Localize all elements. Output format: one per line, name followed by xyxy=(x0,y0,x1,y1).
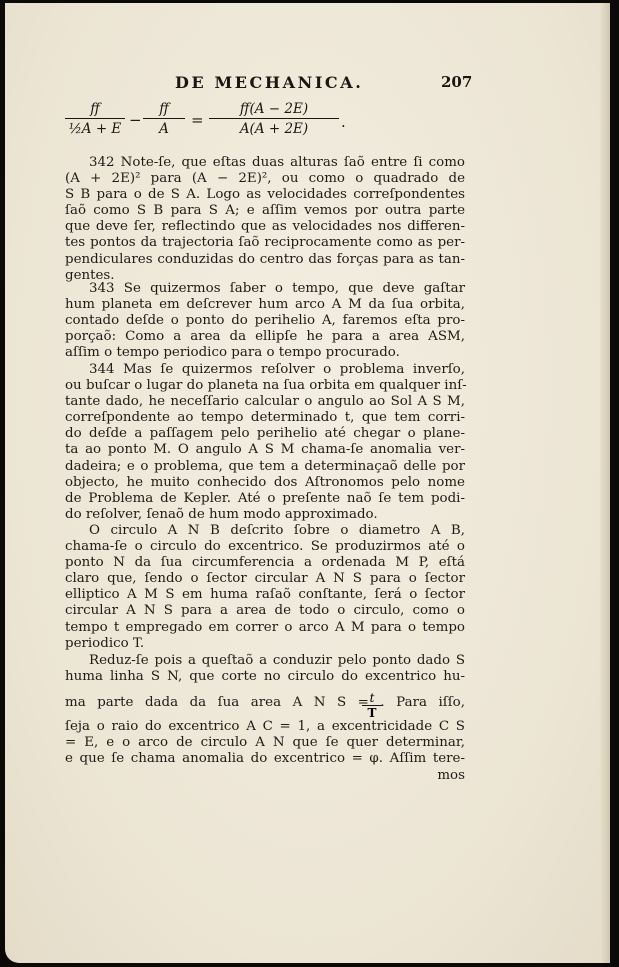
fraction-2: ff A xyxy=(143,101,185,137)
book-page: DE MECHANICA. 207 ff ½A + E − ff A = ff(… xyxy=(5,3,610,963)
paragraph-reduz: Reduz-ſe pois a queſtaõ a conduzir pelo … xyxy=(65,653,465,784)
paragraph-343: 343 Se quizermos ſaber o tempo, que deve… xyxy=(65,281,465,361)
fraction-result: ff(A − 2E) A(A + 2E) xyxy=(209,101,339,137)
fraction-1: ff ½A + E xyxy=(65,101,125,137)
running-header: DE MECHANICA. xyxy=(175,73,363,92)
page-number: 207 xyxy=(441,73,472,91)
page-edge xyxy=(600,3,610,963)
catchword: mos xyxy=(65,768,465,784)
paragraph-circulo: O circulo A N B deſcrito ſobre o diametr… xyxy=(65,523,465,652)
paragraph-344: 344 Mas ſe quizermos reſolver o problema… xyxy=(65,362,465,523)
equation: ff ½A + E − ff A = ff(A − 2E) A(A + 2E) … xyxy=(65,101,365,145)
equals-sign: = xyxy=(191,111,204,129)
minus-sign: − xyxy=(129,111,142,129)
ratio-t-over-T: t T xyxy=(362,691,382,720)
paragraph-342: 342 Note-ſe, que eſtas duas alturas ſaõ … xyxy=(65,155,465,284)
